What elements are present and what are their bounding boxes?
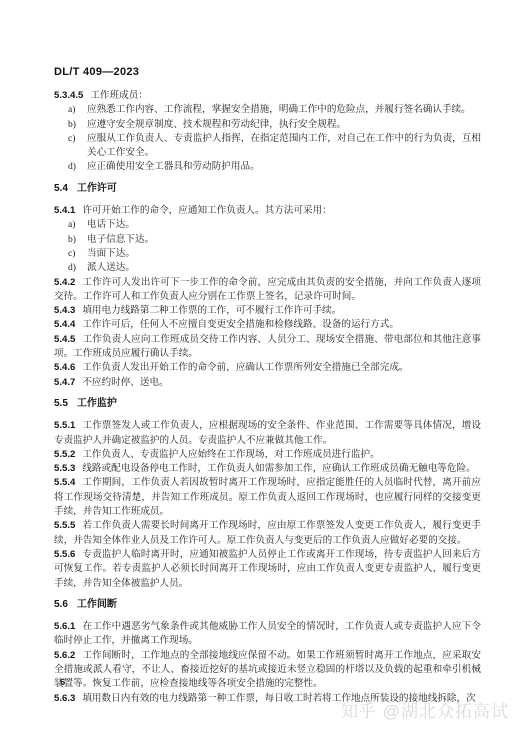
clause-number: 5.4.4 [54, 319, 75, 330]
watermark-text: 知乎 @湖北众拓高试 [341, 697, 509, 722]
clause-paragraph: 5.4.6工作负责人发出开始工作的命令前，应确认工作票所列安全措施已全部完成。 [54, 361, 481, 375]
clause-paragraph: 5.4.4工作许可后，任何人不应擅自变更安全措施和检修线路、设备的运行方式。 [54, 318, 481, 332]
clause-paragraph: 5.4.2工作许可人发出许可下一步工作的命令前，应完成由其负责的安全措施，并向工… [54, 276, 481, 305]
clause-paragraph: 5.5.3线路或配电设备停电工作时，工作负责人如需参加工作，应确认工作班成员确无… [54, 462, 481, 476]
list-item: b)应遵守安全规章制度、技术规程和劳动纪律，执行安全规程。 [54, 118, 481, 132]
clause-text: 工作负责人应向工作班成员交待工作内容、人员分工、现场安全措施、带电部位和其他注意… [54, 334, 481, 359]
list-item: c)当面下达。 [54, 247, 481, 261]
section-heading: 5.5工作监护 [54, 397, 481, 411]
lettered-list: a)电话下达。b)电子信息下达。c)当面下达。d)派人送达。 [54, 218, 481, 275]
section-title: 工作监护 [77, 398, 117, 409]
document-content: DL/T 409—2023 5.3.4.5工作班成员：a)应熟悉工作内容、工作流… [54, 66, 481, 706]
list-item: d)应正确使用安全工器具和劳动防护用品。 [54, 160, 481, 174]
list-item-label: c) [68, 132, 75, 146]
list-item-label: a) [68, 218, 75, 232]
section-title: 工作间断 [77, 599, 117, 610]
clause-text: 线路或配电设备停电工作时，工作负责人如需参加工作，应确认工作班成员确无触电等危险… [82, 463, 475, 474]
clause-number: 5.4.6 [54, 362, 75, 373]
clause-paragraph: 5.6.2工作间断时，工作地点的全部接地线应保留不动。如果工作班须暂时离开工作地… [54, 649, 481, 692]
list-item-text: 应服从工作负责人、专责监护人指挥，在指定范围内工作，对自己在工作中的行为负责，互… [87, 133, 481, 158]
list-item-text: 应熟悉工作内容、工作流程，掌握安全措施，明确工作中的危险点，并履行签名确认手续。 [87, 104, 471, 115]
list-item-text: 应正确使用安全工器具和劳动防护用品。 [87, 161, 260, 172]
clause-text: 在工作中遇恶劣气象条件或其他威胁工作人员安全的情况时，工作负责人或专责监护人应下… [54, 621, 481, 646]
document-page: DL/T 409—2023 5.3.4.5工作班成员：a)应熟悉工作内容、工作流… [0, 0, 517, 732]
clause-number: 5.4.5 [54, 334, 75, 345]
clause-paragraph: 5.3.4.5工作班成员： [54, 89, 481, 103]
list-item: a)应熟悉工作内容、工作流程，掌握安全措施，明确工作中的危险点，并履行签名确认手… [54, 103, 481, 117]
clause-text: 填用电力线路第二种工作票的工作，可不履行工作许可手续。 [82, 305, 341, 316]
clause-paragraph: 5.4.3填用电力线路第二种工作票的工作，可不履行工作许可手续。 [54, 304, 481, 318]
clause-number: 5.4.2 [54, 277, 75, 288]
clause-text: 工作票签发人或工作负责人，应根据现场的安全条件、作业范围、工作需要等具体情况，增… [54, 420, 481, 445]
clause-number: 5.4.7 [54, 377, 75, 388]
clause-paragraph: 5.4.1许可开始工作的命令，应通知工作负责人。其方法可采用： [54, 204, 481, 218]
clause-number: 5.3.4.5 [54, 90, 83, 101]
list-item-label: b) [68, 118, 76, 132]
clause-text: 若工作负责人需要长时间离开工作现场时，应由原工作票签发人变更工作负责人，履行变更… [54, 520, 481, 545]
clause-paragraph: 5.4.7不应约时停、送电。 [54, 376, 481, 390]
list-item-text: 应遵守安全规章制度、技术规程和劳动纪律，执行安全规程。 [87, 119, 346, 130]
clause-number: 5.4.1 [54, 205, 75, 216]
list-item-text: 当面下达。 [87, 248, 135, 259]
list-item-label: d) [68, 261, 76, 275]
section-number: 5.4 [54, 183, 68, 194]
list-item: c)应服从工作负责人、专责监护人指挥，在指定范围内工作，对自己在工作中的行为负责… [54, 132, 481, 161]
section-number: 5.5 [54, 398, 68, 409]
list-item-label: d) [68, 160, 76, 174]
list-item-text: 电子信息下达。 [87, 234, 154, 245]
clause-number: 5.6.2 [54, 650, 75, 661]
clause-text: 专责监护人临时离开时，应通知被监护人员停止工作或离开工作现场，待专责监护人回来后… [54, 549, 481, 589]
clause-number: 5.6.3 [54, 693, 75, 704]
clause-number: 5.5.2 [54, 449, 75, 460]
clause-text: 工作期间，工作负责人若因故暂时离开工作现场时，应指定能胜任的人员临时代替，离开前… [54, 477, 481, 517]
clause-paragraph: 5.5.4工作期间，工作负责人若因故暂时离开工作现场时，应指定能胜任的人员临时代… [54, 476, 481, 519]
lettered-list: a)应熟悉工作内容、工作流程，掌握安全措施，明确工作中的危险点，并履行签名确认手… [54, 103, 481, 174]
clause-paragraph: 5.6.1在工作中遇恶劣气象条件或其他威胁工作人员安全的情况时，工作负责人或专责… [54, 620, 481, 649]
clause-paragraph: 5.5.1工作票签发人或工作负责人，应根据现场的安全条件、作业范围、工作需要等具… [54, 419, 481, 448]
clause-text: 工作许可人发出许可下一步工作的命令前，应完成由其负责的安全措施，并向工作负责人逐… [54, 277, 481, 302]
clause-paragraph: 5.4.5工作负责人应向工作班成员交待工作内容、人员分工、现场安全措施、带电部位… [54, 333, 481, 362]
clause-paragraph: 5.5.5若工作负责人需要长时间离开工作现场时，应由原工作票签发人变更工作负责人… [54, 519, 481, 548]
clause-number: 5.4.3 [54, 305, 75, 316]
clause-text: 工作负责人发出开始工作的命令前，应确认工作票所列安全措施已全部完成。 [82, 362, 408, 373]
list-item-label: c) [68, 247, 75, 261]
clause-paragraph: 5.5.2工作负责人、专责监护人应始终在工作现场，对工作班成员进行监护。 [54, 448, 481, 462]
clause-number: 5.5.1 [54, 420, 75, 431]
clause-number: 5.5.3 [54, 463, 75, 474]
page-number: 6 [60, 677, 65, 688]
list-item-label: a) [68, 103, 75, 117]
list-item-label: b) [68, 233, 76, 247]
section-heading: 5.6工作间断 [54, 598, 481, 612]
clause-text: 不应约时停、送电。 [82, 377, 168, 388]
clause-text: 工作许可后，任何人不应擅自变更安全措施和检修线路、设备的运行方式。 [82, 319, 399, 330]
clause-number: 5.5.4 [54, 477, 75, 488]
list-item-text: 电话下达。 [87, 219, 135, 230]
list-item: d)派人送达。 [54, 261, 481, 275]
list-item: b)电子信息下达。 [54, 233, 481, 247]
clause-number: 5.5.6 [54, 549, 75, 560]
clause-text: 工作间断时，工作地点的全部接地线应保留不动。如果工作班须暂时离开工作地点，应采取… [54, 650, 481, 690]
clause-text: 工作负责人、专责监护人应始终在工作现场，对工作班成员进行监护。 [82, 449, 379, 460]
standard-number-header: DL/T 409—2023 [54, 66, 481, 78]
list-item: a)电话下达。 [54, 218, 481, 232]
clause-number: 5.6.1 [54, 621, 75, 632]
section-heading: 5.4工作许可 [54, 182, 481, 196]
clause-paragraph: 5.5.6专责监护人临时离开时，应通知被监护人员停止工作或离开工作现场，待专责监… [54, 548, 481, 591]
list-item-text: 派人送达。 [87, 262, 135, 273]
clause-text: 工作班成员： [90, 90, 148, 101]
section-title: 工作许可 [77, 183, 117, 194]
section-number: 5.6 [54, 599, 68, 610]
clause-text: 许可开始工作的命令，应通知工作负责人。其方法可采用： [82, 205, 331, 216]
document-body: 5.3.4.5工作班成员：a)应熟悉工作内容、工作流程，掌握安全措施，明确工作中… [54, 89, 481, 706]
clause-number: 5.5.5 [54, 520, 75, 531]
